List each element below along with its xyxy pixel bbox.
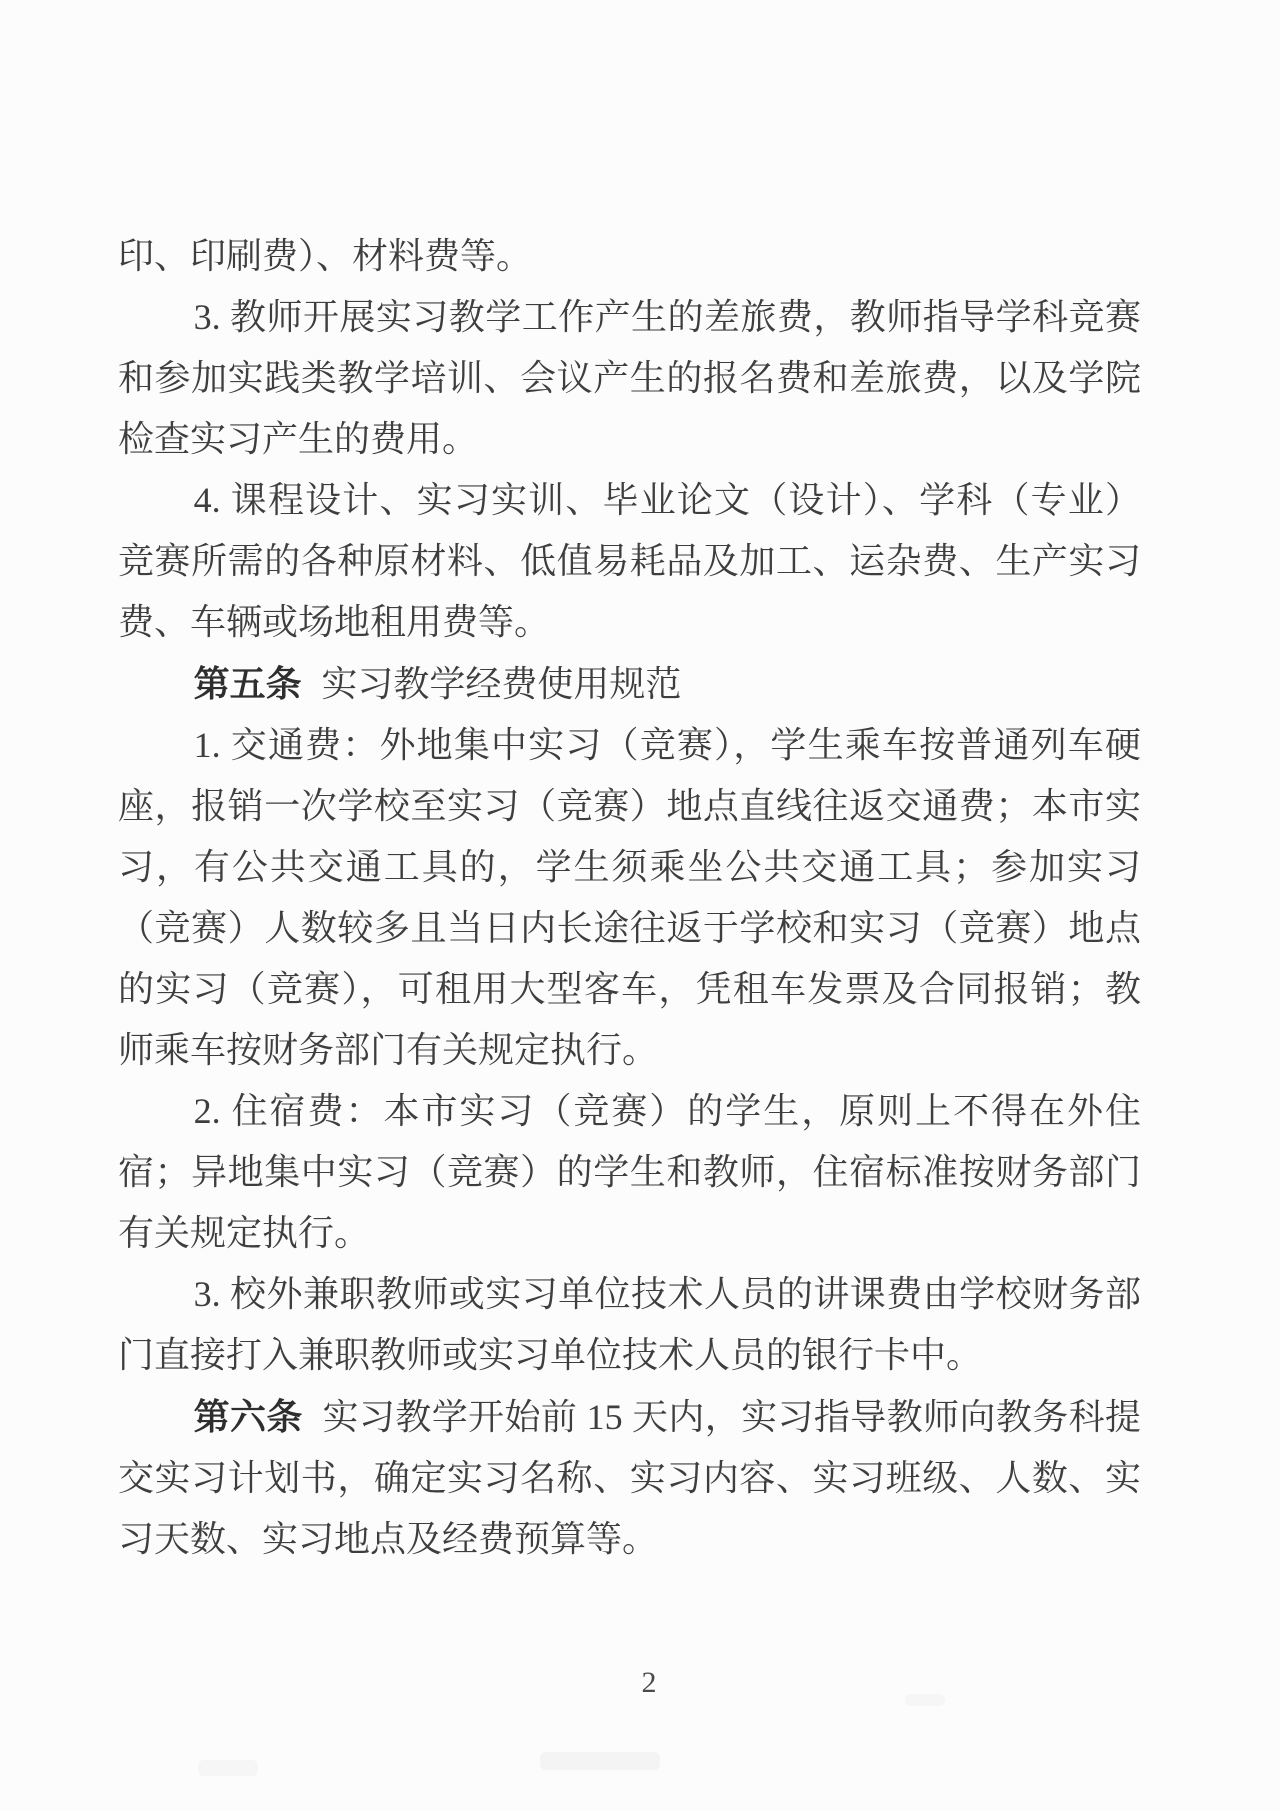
paragraph-lodging-fee: 2. 住宿费：本市实习（竞赛）的学生，原则上不得在外住宿；异地集中实习（竞赛）的…: [118, 1081, 1141, 1264]
scan-smudge: [540, 1752, 660, 1770]
scan-smudge: [905, 1694, 945, 1706]
article-5-heading: 第五条实习教学经费使用规范: [118, 653, 1141, 715]
scan-smudge: [198, 1760, 258, 1776]
article-5-title: 实习教学经费使用规范: [321, 664, 681, 704]
paragraph-expense-item-3: 3. 教师开展实习教学工作产生的差旅费，教师指导学科竞赛和参加实践类教学培训、会…: [118, 287, 1141, 470]
page-number: 2: [0, 1663, 1280, 1703]
scanned-document-page: 印、印刷费）、材料费等。 3. 教师开展实习教学工作产生的差旅费，教师指导学科竞…: [0, 0, 1280, 1810]
document-body: 印、印刷费）、材料费等。 3. 教师开展实习教学工作产生的差旅费，教师指导学科竞…: [118, 226, 1141, 1570]
article-6-paragraph: 第六条实习教学开始前 15 天内，实习指导教师向教务科提交实习计划书，确定实习名…: [118, 1386, 1141, 1570]
paragraph-transport-fee: 1. 交通费：外地集中实习（竞赛），学生乘车按普通列车硬座，报销一次学校至实习（…: [118, 715, 1141, 1081]
article-6-label: 第六条: [194, 1396, 303, 1437]
paragraph-lecture-fee: 3. 校外兼职教师或实习单位技术人员的讲课费由学校财务部门直接打入兼职教师或实习…: [118, 1264, 1141, 1386]
paragraph-continuation: 印、印刷费）、材料费等。: [118, 226, 1141, 287]
paragraph-expense-item-4: 4. 课程设计、实习实训、毕业论文（设计）、学科（专业）竞赛所需的各种原材料、低…: [118, 470, 1141, 653]
article-5-label: 第五条: [194, 663, 302, 704]
